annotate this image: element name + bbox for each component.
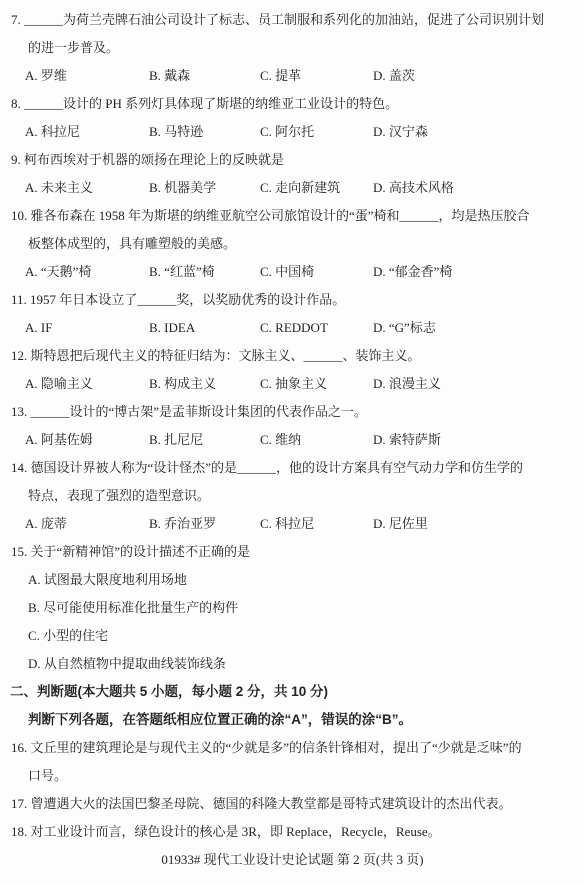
question-line-continuation: 特点，表现了强烈的造型意识。 <box>0 482 585 510</box>
choice-row: A. 罗维B. 戴森C. 提革D. 盖茨 <box>0 62 585 90</box>
choice-option: C. 提革 <box>260 62 373 90</box>
question-line: 7. ______为荷兰壳牌石油公司设计了标志、员工制服和系列化的加油站，促进了… <box>0 6 585 34</box>
choice-option: D. 盖茨 <box>373 62 585 90</box>
choice-option-line: C. 小型的住宅 <box>0 622 585 650</box>
choice-option: C. REDDOT <box>260 314 373 342</box>
question-line: 17. 曾遭遇大火的法国巴黎圣母院、德国的科隆大教堂都是哥特式建筑设计的杰出代表… <box>0 790 585 818</box>
choice-option: B. 马特逊 <box>149 118 260 146</box>
choice-option: B. 构成主义 <box>149 370 260 398</box>
choice-option: D. 浪漫主义 <box>373 370 585 398</box>
choice-option: A. 隐喻主义 <box>25 370 149 398</box>
choice-option: C. 走向新建筑 <box>260 174 373 202</box>
choice-option: C. 抽象主义 <box>260 370 373 398</box>
choice-option: B. “红蓝”椅 <box>149 258 260 286</box>
question-line-continuation: 板整体成型的，具有雕塑般的美感。 <box>0 230 585 258</box>
question-line: 9. 柯布西埃对于机器的颂扬在理论上的反映就是 <box>0 146 585 174</box>
choice-option: D. 尼佐里 <box>373 510 585 538</box>
choice-option: C. 维纳 <box>260 426 373 454</box>
choice-row: A. IFB. IDEAC. REDDOTD. “G”标志 <box>0 314 585 342</box>
choice-option: A. 庞蒂 <box>25 510 149 538</box>
choice-option: A. 未来主义 <box>25 174 149 202</box>
exam-page: 7. ______为荷兰壳牌石油公司设计了标志、员工制服和系列化的加油站，促进了… <box>0 0 585 885</box>
choice-option: B. 扎尼尼 <box>149 426 260 454</box>
question-line: 16. 文丘里的建筑理论是与现代主义的“少就是多”的信条针锋相对，提出了“少就是… <box>0 734 585 762</box>
choice-option-line: B. 尽可能使用标准化批量生产的构件 <box>0 594 585 622</box>
choice-option: A. “天鹅”椅 <box>25 258 149 286</box>
question-line: 14. 德国设计界被人称为“设计怪杰”的是______，他的设计方案具有空气动力… <box>0 454 585 482</box>
choice-option: A. 罗维 <box>25 62 149 90</box>
choice-option: B. IDEA <box>149 314 260 342</box>
choice-option: B. 乔治亚罗 <box>149 510 260 538</box>
question-line: 18. 对工业设计而言，绿色设计的核心是 3R，即 Replace，Recycl… <box>0 818 585 846</box>
answer-instruction: 判断下列各题，在答题纸相应位置正确的涂“A”，错误的涂“B”。 <box>0 706 585 734</box>
choice-option: D. 索特萨斯 <box>373 426 585 454</box>
choice-option: D. 汉宁森 <box>373 118 585 146</box>
choice-option-line: A. 试图最大限度地利用场地 <box>0 566 585 594</box>
choice-option: A. 科拉尼 <box>25 118 149 146</box>
choice-option: B. 机器美学 <box>149 174 260 202</box>
choice-row: A. 隐喻主义B. 构成主义C. 抽象主义D. 浪漫主义 <box>0 370 585 398</box>
question-line: 11. 1957 年日本设立了______奖，以奖励优秀的设计作品。 <box>0 286 585 314</box>
choice-option: C. 科拉尼 <box>260 510 373 538</box>
choice-option: A. IF <box>25 314 149 342</box>
choice-option: B. 戴森 <box>149 62 260 90</box>
section-heading: 二、判断题(本大题共 5 小题，每小题 2 分，共 10 分) <box>0 678 585 706</box>
choice-option: C. 阿尔托 <box>260 118 373 146</box>
choice-row: A. 阿基佐姆B. 扎尼尼C. 维纳D. 索特萨斯 <box>0 426 585 454</box>
choice-option: C. 中国椅 <box>260 258 373 286</box>
choice-option: D. “G”标志 <box>373 314 585 342</box>
choice-row: A. 庞蒂B. 乔治亚罗C. 科拉尼D. 尼佐里 <box>0 510 585 538</box>
page-footer: 01933# 现代工业设计史论试题 第 2 页(共 3 页) <box>0 846 585 874</box>
question-line: 10. 雅各布森在 1958 年为斯堪的纳维亚航空公司旅馆设计的“蛋”椅和___… <box>0 202 585 230</box>
question-line: 13. ______设计的“博古架”是孟菲斯设计集团的代表作品之一。 <box>0 398 585 426</box>
choice-option: A. 阿基佐姆 <box>25 426 149 454</box>
choice-row: A. 未来主义B. 机器美学C. 走向新建筑D. 高技术风格 <box>0 174 585 202</box>
choice-row: A. 科拉尼B. 马特逊C. 阿尔托D. 汉宁森 <box>0 118 585 146</box>
question-line: 8. ______设计的 PH 系列灯具体现了斯堪的纳维亚工业设计的特色。 <box>0 90 585 118</box>
question-line-continuation: 口号。 <box>0 762 585 790</box>
choice-option-line: D. 从自然植物中提取曲线装饰线条 <box>0 650 585 678</box>
question-line: 15. 关于“新精神馆”的设计描述不正确的是 <box>0 538 585 566</box>
choice-option: D. 高技术风格 <box>373 174 585 202</box>
choice-option: D. “郁金香”椅 <box>373 258 585 286</box>
question-line: 12. 斯特恩把后现代主义的特征归结为：文脉主义、______、装饰主义。 <box>0 342 585 370</box>
question-line-continuation: 的进一步普及。 <box>0 34 585 62</box>
choice-row: A. “天鹅”椅B. “红蓝”椅C. 中国椅D. “郁金香”椅 <box>0 258 585 286</box>
